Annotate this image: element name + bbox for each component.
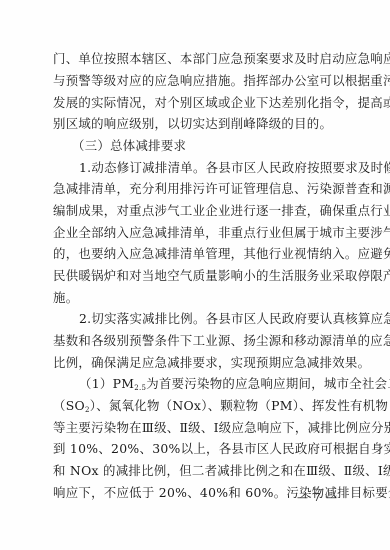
line-text: 到 10%、20%、30%以上，各县市区人民政府可根据自身实际调整 SO [53, 441, 390, 456]
paragraph-line: 企业全部纳入应急减排清单，非重点行业但属于城市主要涉气企业 [53, 226, 339, 240]
paragraph-line-so2: （SO2）、氮氧化物（NOx）、颗粒物（PM）、挥发性有机物（VOCs） [53, 399, 339, 413]
document-page: 门、单位按照本辖区、本部门应急预案要求及时启动应急响应，采取 与预警等级对应的应… [0, 0, 390, 550]
paragraph-line: 别区域的响应级别，以切实达到削峰降级的目的。 [53, 117, 339, 131]
page-number: — 7 — [297, 491, 338, 504]
pm-line-rest: 为首要污染物的应急响应期间，城市全社会二氧化硫 [146, 376, 390, 391]
paragraph-line: 民供暖锅炉和对当地空气质量影响小的生活服务业采取停限产措 [53, 269, 339, 283]
paragraph-line: 等主要污染物在Ⅲ级、Ⅱ级、Ⅰ级应急响应下，减排比例应分别达 [53, 421, 339, 435]
section-heading: （三）总体减排要求 [72, 139, 192, 153]
pm-subscript: 2.5 [134, 384, 146, 392]
paragraph-line: 门、单位按照本辖区、本部门应急预案要求及时启动应急响应，采取 [53, 52, 339, 66]
paragraph-line: 急减排清单，充分利用排污许可证管理信息、污染源普查和源清单 [53, 182, 339, 196]
pm-label: （1）PM [79, 376, 134, 391]
so2-line-rest: ）、氮氧化物（NOx）、颗粒物（PM）、挥发性有机物（VOCs） [90, 398, 390, 413]
paragraph-line: 基数和各级别预警条件下工业源、扬尘源和移动源清单的应急减排 [53, 334, 339, 348]
paragraph-line: 施。 [53, 291, 339, 305]
paragraph-line: 1.动态修订减排清单。各县市区人民政府按照要求及时修订应 [79, 161, 339, 175]
paragraph-line: 与预警等级对应的应急响应措施。指挥部办公室可以根据重污染天气 [53, 74, 339, 88]
paragraph-line: 比例，确保满足应急减排要求，实现预期应急减排效果。 [53, 356, 339, 370]
paragraph-line-pm25: （1）PM2.5为首要污染物的应急响应期间，城市全社会二氧化硫 [79, 377, 339, 391]
paragraph-line: 编制成果，对重点涉气工业企业进行逐一排查，确保重点行业工业 [53, 204, 339, 218]
so2-label: （SO [53, 398, 85, 413]
paragraph-line: 和 NOx 的减排比例，但二者减排比例之和在Ⅲ级、Ⅱ级、Ⅰ级应急 [53, 464, 339, 478]
paragraph-line-so2-adjust: 到 10%、20%、30%以上，各县市区人民政府可根据自身实际调整 SO2 [53, 442, 339, 456]
paragraph-line: 2.切实落实减排比例。各县市区人民政府要认真核算应急减排 [79, 312, 339, 326]
paragraph-line: 发展的实际情况，对个别区域或企业下达差别化指令，提高或降低个 [53, 96, 339, 110]
paragraph-line: 的，也要纳入应急减排清单管理，其他行业视情纳入。应避免对居 [53, 247, 339, 261]
